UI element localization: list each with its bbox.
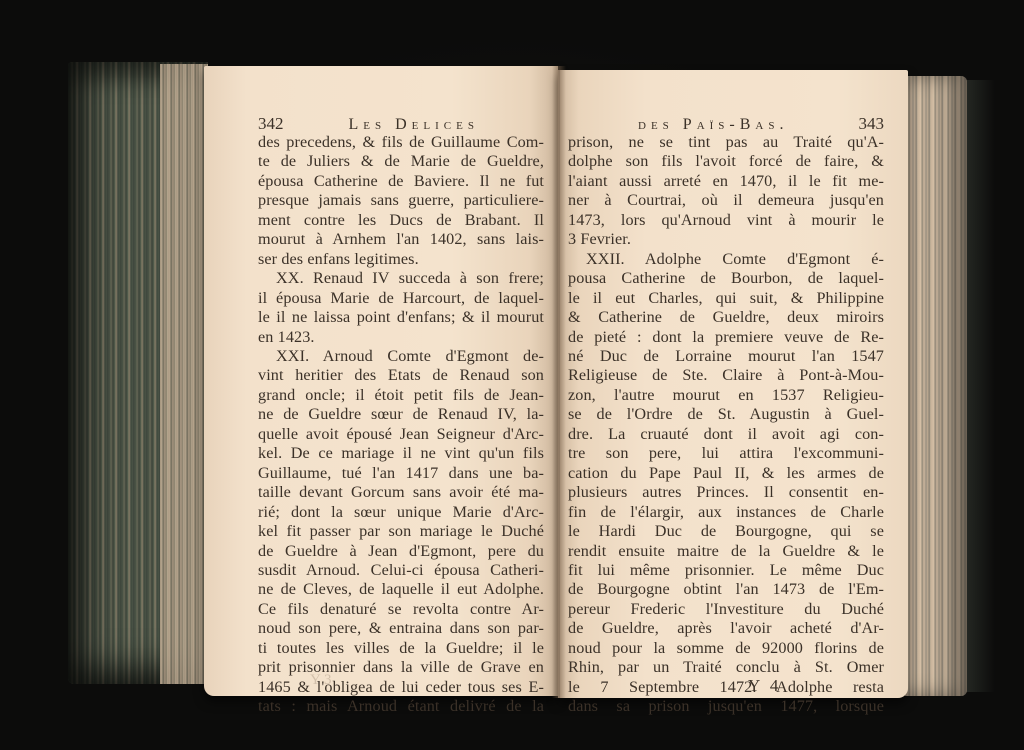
text-line: tats : mais Arnoud étant delivré de la <box>258 697 544 716</box>
text-line: tre son pere, lui attira l'excommuni- <box>568 444 884 463</box>
text-line: le 7 Septembre 1472. Adolphe resta <box>568 678 884 697</box>
left-running-head: 342 Les Delices <box>258 114 544 133</box>
left-page-text: 342 Les Delices des precedens, & fils de… <box>258 114 544 717</box>
text-line: kel. De ce mariage il ne vint qu'un fils <box>258 444 544 463</box>
right-page: des Païs-Bas. 343 prison, ne se tint pas… <box>558 70 908 698</box>
text-line: ser des enfans legitimes. <box>258 250 544 269</box>
text-line: susdit Arnoud. Celui-ci épousa Catheri- <box>258 561 544 580</box>
right-running-title: des Païs-Bas. <box>638 115 788 134</box>
text-line: cation du Pape Paul II, & les armes de <box>568 464 884 483</box>
text-line: épousa Catherine de Baviere. Il ne fut <box>258 172 544 191</box>
text-line: ne de Cleves, de laquelle il eut Adolphe… <box>258 580 544 599</box>
text-line: ner à Courtrai, où il demeura jusqu'en <box>568 191 884 210</box>
left-page-edge-highlight <box>160 64 208 684</box>
text-line: quelle avoit épousé Jean Seigneur d'Arc- <box>258 425 544 444</box>
text-line: taille devant Gorcum sans avoir été ma- <box>258 483 544 502</box>
text-line: dre. La cruauté dont il avoit agi con- <box>568 425 884 444</box>
text-line: Guillaume, tué l'an 1417 dans une ba- <box>258 464 544 483</box>
text-line: kel fit passer par son mariage le Duché <box>258 522 544 541</box>
text-line: rié; dont la sœur unique Marie d'Arc- <box>258 503 544 522</box>
text-line: ti toutes les villes de la Gueldre; il l… <box>258 639 544 658</box>
text-line: il épousa Marie de Harcourt, de laquel- <box>258 289 544 308</box>
right-running-head: des Païs-Bas. 343 <box>568 114 884 133</box>
text-line: des precedens, & fils de Guillaume Com- <box>258 133 544 152</box>
text-line: prit prisonnier dans la ville de Grave e… <box>258 658 544 677</box>
text-line: l'aiant aussi arreté en 1470, il le fit … <box>568 172 884 191</box>
text-line: & Catherine de Gueldre, deux miroirs <box>568 308 884 327</box>
text-line: Ce fils denaturé se revolta contre Ar- <box>258 600 544 619</box>
signature-mark: Y 4 <box>748 676 781 696</box>
text-line: fin de l'élargir, aux instances de Charl… <box>568 503 884 522</box>
text-line: en 1423. <box>258 328 544 347</box>
text-line: pereur Frederic l'Investiture du Duché <box>568 600 884 619</box>
text-line: Rhin, par un Traité conclu à St. Omer <box>568 658 884 677</box>
text-line: plusieurs autres Princes. Il consentit e… <box>568 483 884 502</box>
text-line: noud son pere, & entraina dans son par- <box>258 619 544 638</box>
text-line: ment contre les Ducs de Brabant. Il <box>258 211 544 230</box>
text-line: dans sa prison jusqu'en 1477, lorsque <box>568 697 884 716</box>
text-line: 1473, lors qu'Arnoud vint à mourir le <box>568 211 884 230</box>
text-line: le il ne laissa point d'enfans; & il mou… <box>258 308 544 327</box>
right-page-text: des Païs-Bas. 343 prison, ne se tint pas… <box>568 114 884 717</box>
left-running-title: Les Delices <box>349 115 479 134</box>
text-line: né Duc de Lorraine mourut l'an 1547 <box>568 347 884 366</box>
left-page-number: 342 <box>258 114 284 133</box>
text-line: fit lui même prisonnier. Le même Duc <box>568 561 884 580</box>
text-line: Religieuse de Ste. Claire à Pont-à-Mou- <box>568 366 884 385</box>
text-line: de Gueldre à Jean d'Egmont, pere du <box>258 542 544 561</box>
text-line: zon, l'autre mourut en 1537 Religieu- <box>568 386 884 405</box>
left-page: 342 Les Delices des precedens, & fils de… <box>204 66 558 696</box>
text-line: se de l'Ordre de St. Augustin à Guel- <box>568 405 884 424</box>
text-line: le il eut Charles, qui suit, & Philippin… <box>568 289 884 308</box>
book-gutter <box>552 66 566 698</box>
show-through-signature: Y 3 <box>310 672 332 689</box>
text-line: de Bourgogne obtint l'an 1473 de l'Em- <box>568 580 884 599</box>
text-line: 1465 & l'obligea de lui ceder tous ses E… <box>258 678 544 697</box>
text-line: presque jamais sans guerre, particuliere… <box>258 191 544 210</box>
text-line: dolphe son fils l'avoit forcé de faire, … <box>568 152 884 171</box>
text-line: noud pour la somme de 92000 florins de <box>568 639 884 658</box>
right-page-block-edge <box>905 76 967 696</box>
section-start-XX: XX. Renaud IV succeda à son frere; <box>258 269 544 288</box>
text-line: grand oncle; il étoit petit fils de Jean… <box>258 386 544 405</box>
section-start-XXII: XXII. Adolphe Comte d'Egmont é- <box>568 250 884 269</box>
text-line: ne de Gueldre sœur de Renaud IV, la- <box>258 405 544 424</box>
text-line: te de Juliers & de Marie de Gueldre, <box>258 152 544 171</box>
text-line: 3 Fevrier. <box>568 230 884 249</box>
text-line: de pieté : dont la premiere veuve de Re- <box>568 328 884 347</box>
right-page-number: 343 <box>859 114 885 133</box>
text-line: mourut à Arnhem l'an 1402, sans lais- <box>258 230 544 249</box>
text-line: le Hardi Duc de Bourgogne, qui se <box>568 522 884 541</box>
text-line: vint heritier des Etats de Renaud son <box>258 366 544 385</box>
text-line: de Gueldre, après l'avoir acheté d'Ar- <box>568 619 884 638</box>
text-line: rendit ensuite maitre de la Gueldre & le <box>568 542 884 561</box>
text-line: pousa Catherine de Bourbon, de laquel- <box>568 269 884 288</box>
section-start-XXI: XXI. Arnoud Comte d'Egmont de- <box>258 347 544 366</box>
text-line: prison, ne se tint pas au Traité qu'A- <box>568 133 884 152</box>
